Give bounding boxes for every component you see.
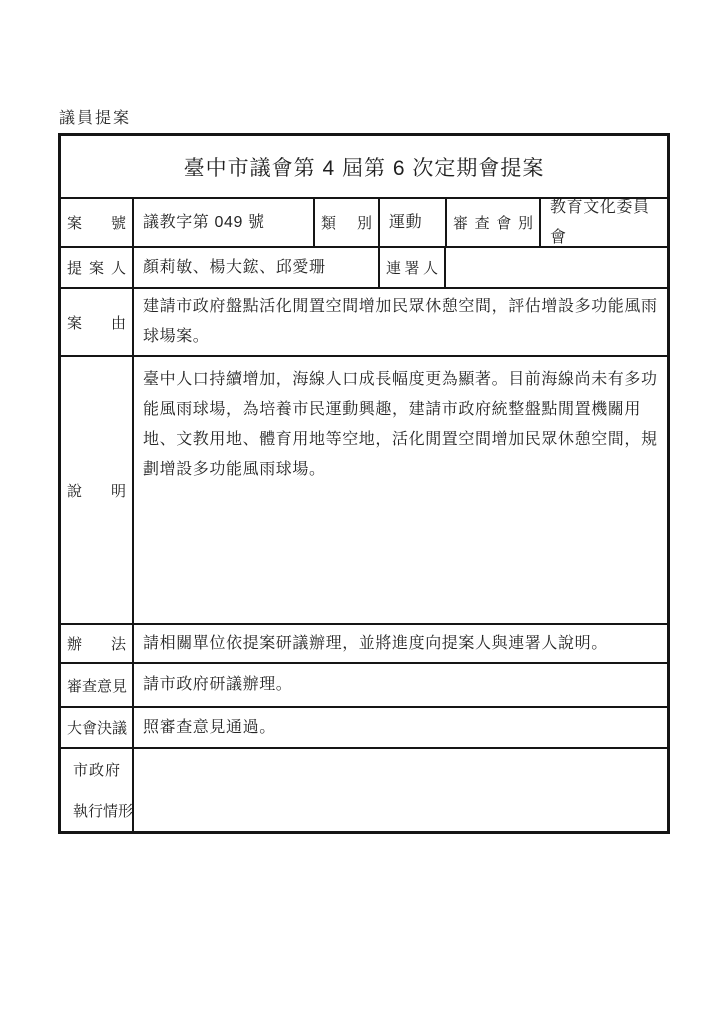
resolution-label-cell: 大會決議 bbox=[61, 708, 134, 747]
description-row: 說明 臺中人口持續增加，海線人口成長幅度更為顯著。目前海線尚未有多功能風雨球場，… bbox=[61, 355, 667, 623]
proposers-label: 提案人 bbox=[67, 257, 126, 278]
execution-label-line2: 執行情形 bbox=[67, 800, 126, 821]
case-number-label: 案號 bbox=[67, 212, 126, 233]
doc-type-label: 議員提案 bbox=[59, 105, 131, 128]
resolution-value: 照審查意見通過。 bbox=[134, 708, 667, 747]
subject-text: 建請市政府盤點活化閒置空間增加民眾休憩空間，評估增設多功能風雨球場案。 bbox=[143, 292, 658, 352]
method-label: 辦法 bbox=[67, 633, 126, 654]
description-value: 臺中人口持續增加，海線人口成長幅度更為顯著。目前海線尚未有多功能風雨球場，為培養… bbox=[134, 357, 667, 623]
subject-value: 建請市政府盤點活化閒置空間增加民眾休憩空間，評估增設多功能風雨球場案。 bbox=[134, 289, 667, 355]
subject-row: 案由 建請市政府盤點活化閒置空間增加民眾休憩空間，評估增設多功能風雨球場案。 bbox=[61, 287, 667, 355]
description-label: 說明 bbox=[67, 480, 126, 501]
method-row: 辦法 請相關單位依提案研議辦理，並將進度向提案人與連署人說明。 bbox=[61, 623, 667, 662]
resolution-row: 大會決議 照審查意見通過。 bbox=[61, 706, 667, 747]
execution-row: 市政府 執行情形 bbox=[61, 747, 667, 831]
review-opinion-value: 請市政府研議辦理。 bbox=[134, 664, 667, 706]
category-label: 類別 bbox=[321, 212, 372, 233]
committee-label: 審查會別 bbox=[453, 212, 533, 233]
method-label-cell: 辦法 bbox=[61, 625, 134, 662]
execution-value bbox=[134, 749, 667, 831]
committee-value: 教育文化委員會 bbox=[541, 199, 667, 246]
committee-label-cell: 審查會別 bbox=[447, 199, 541, 246]
cosigners-label-cell: 連署人 bbox=[380, 248, 446, 287]
proposal-form-table: 臺中市議會第 4 屆第 6 次定期會提案 案號 議教字第 049 號 類別 運動… bbox=[58, 133, 670, 834]
description-label-cell: 說明 bbox=[61, 357, 134, 623]
cosigners-label: 連署人 bbox=[386, 257, 438, 278]
execution-label-cell: 市政府 執行情形 bbox=[61, 749, 134, 831]
review-opinion-row: 審查意見 請市政府研議辦理。 bbox=[61, 662, 667, 706]
resolution-label: 大會決議 bbox=[67, 717, 127, 738]
method-value: 請相關單位依提案研議辦理，並將進度向提案人與連署人說明。 bbox=[134, 625, 667, 662]
review-opinion-label: 審查意見 bbox=[67, 675, 127, 696]
case-number-label-cell: 案號 bbox=[61, 199, 134, 246]
cosigners-value bbox=[446, 248, 667, 287]
proposers-label-cell: 提案人 bbox=[61, 248, 134, 287]
category-value: 運動 bbox=[380, 199, 447, 246]
subject-label: 案由 bbox=[67, 312, 126, 333]
case-number-value: 議教字第 049 號 bbox=[134, 199, 315, 246]
case-number-row: 案號 議教字第 049 號 類別 運動 審查會別 教育文化委員會 bbox=[61, 197, 667, 246]
review-opinion-label-cell: 審查意見 bbox=[61, 664, 134, 706]
category-label-cell: 類別 bbox=[315, 199, 380, 246]
title-row: 臺中市議會第 4 屆第 6 次定期會提案 bbox=[61, 136, 667, 197]
subject-label-cell: 案由 bbox=[61, 289, 134, 355]
execution-label-line1: 市政府 bbox=[67, 759, 126, 780]
proposers-row: 提案人 顏莉敏、楊大鋐、邱愛珊 連署人 bbox=[61, 246, 667, 287]
form-title: 臺中市議會第 4 屆第 6 次定期會提案 bbox=[61, 136, 667, 197]
proposers-value: 顏莉敏、楊大鋐、邱愛珊 bbox=[134, 248, 380, 287]
description-text: 臺中人口持續增加，海線人口成長幅度更為顯著。目前海線尚未有多功能風雨球場，為培養… bbox=[143, 357, 658, 485]
